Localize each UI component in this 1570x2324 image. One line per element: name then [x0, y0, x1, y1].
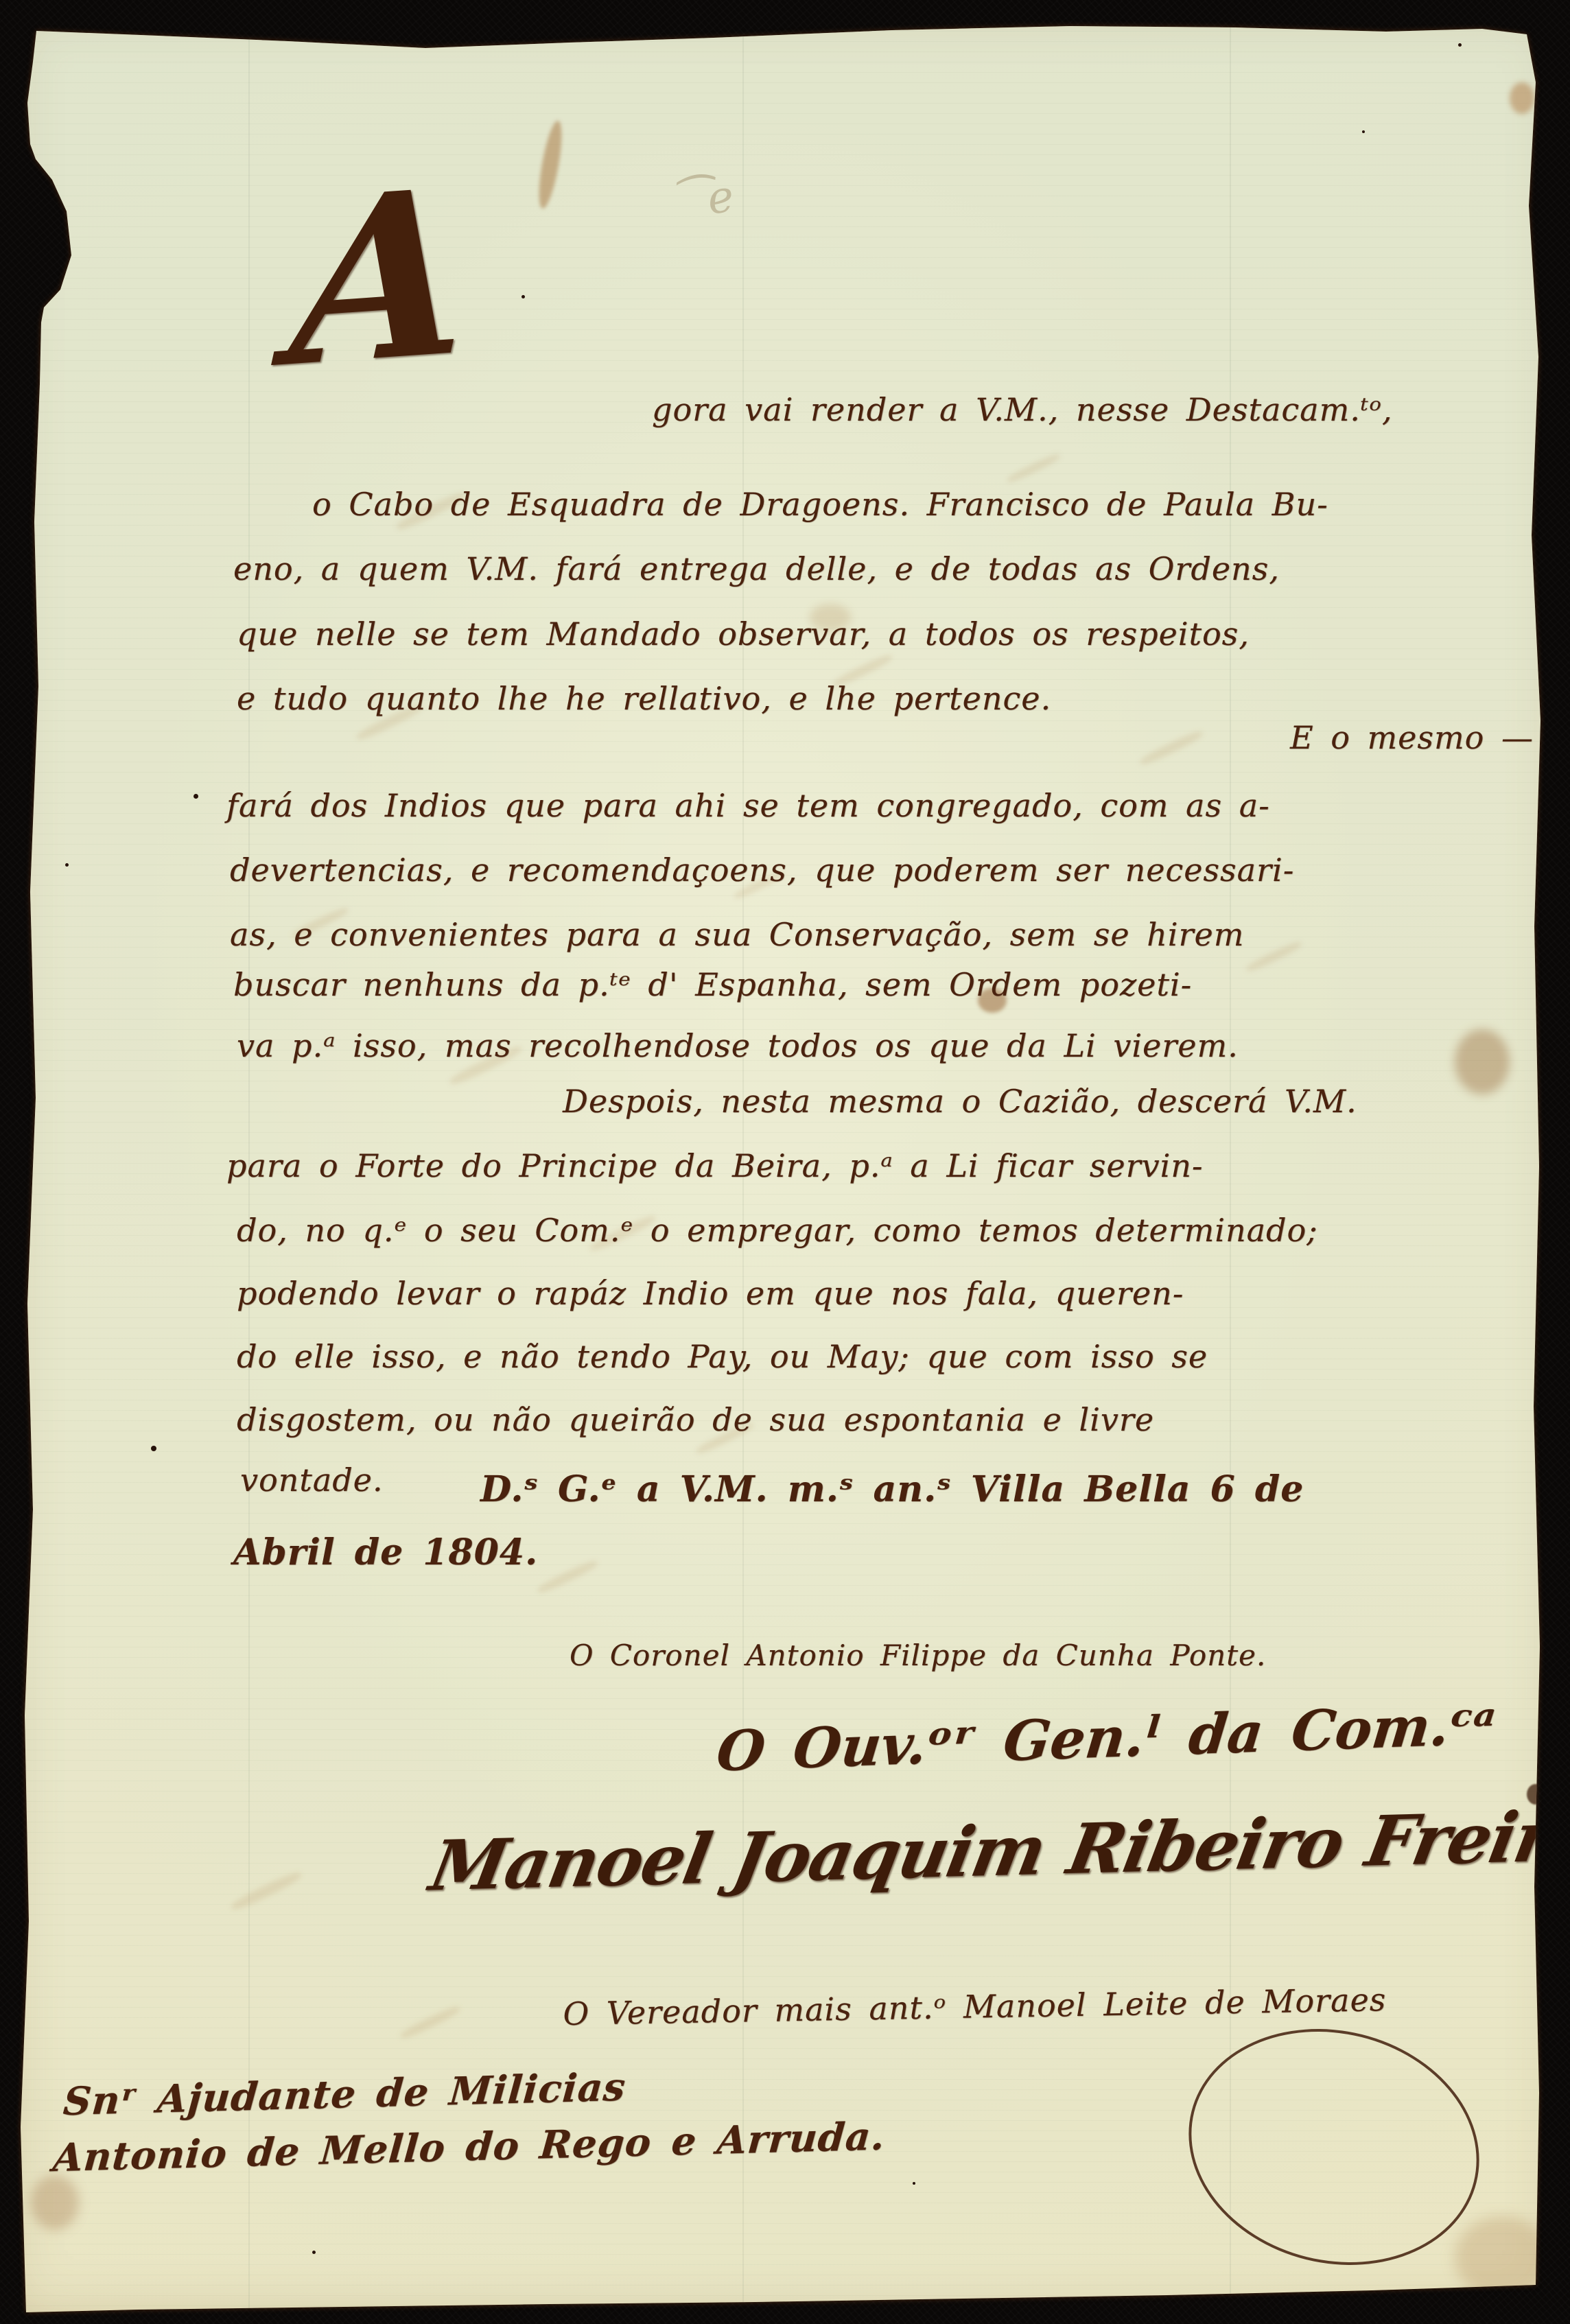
letter-line-09: as, e convenientes para a sua Conservaçã…: [230, 916, 1244, 953]
drop-cap-initial: A: [288, 169, 471, 386]
ink-showthrough-smudge: [1245, 939, 1303, 974]
letter-line-06: E o mesmo —: [1290, 719, 1534, 756]
letter-line-11: va p.ᵃ isso, mas recolhendose todos os q…: [237, 1027, 1239, 1064]
ink-speck: [65, 863, 69, 867]
letter-line-13: para o Forte do Principe da Beira, p.ᵃ a…: [226, 1147, 1203, 1184]
letter-line-05: e tudo quanto lhe he rellativo, e lhe pe…: [237, 680, 1051, 717]
letter-line-18: vontade.: [240, 1462, 384, 1499]
signature-alderman: O Vereador mais ant.ᵒ Manoel Leite de Mo…: [563, 1981, 1387, 2032]
letter-line-16: do elle isso, e não tendo Pay, ou May; q…: [237, 1338, 1208, 1375]
ink-showthrough-smudge: [536, 1558, 599, 1596]
letter-line-10: buscar nenhuns da p.ᵗᵉ d' Espanha, sem O…: [233, 966, 1192, 1003]
letter-line-01: gora vai render a V.M., nesse Destacam.ᵗ…: [652, 391, 1393, 428]
chain-line-texture: [1230, 0, 1231, 2324]
ink-speck: [522, 295, 525, 298]
signature-role-ouvidor: O Ouv.ᵒʳ Gen.ˡ da Com.ᶜᵃ: [714, 1691, 1499, 1783]
ink-showthrough-smudge: [1138, 729, 1204, 767]
signature-name: Manoel Joaquim Ribeiro Freire: [424, 1795, 1570, 1907]
paper-sheet-wrapper: ⁀e A gora vai render a V.M., nesse Desta…: [0, 0, 1570, 2324]
letter-line-17: disgostem, ou não queirão de sua esponta…: [237, 1401, 1154, 1438]
signature-flourish-loop: [1163, 1999, 1504, 2295]
letter-line-02: o Cabo de Esquadra de Dragoens. Francisc…: [312, 486, 1328, 523]
letter-date-continuation: Abril de 1804.: [233, 1531, 538, 1573]
letter-line-15: podendo levar o rapáz Indio em que nos f…: [237, 1275, 1184, 1312]
ink-showthrough-smudge: [229, 1869, 303, 1912]
letter-line-04: que nelle se tem Mandado observar, a tod…: [237, 615, 1250, 653]
address-line-1: Snʳ Ajudante de Milicias: [62, 2065, 628, 2125]
foxing-stain: [1455, 1029, 1510, 1094]
letter-valediction-date: D.ˢ G.ᵉ a V.M. m.ˢ an.ˢ Villa Bella 6 de: [480, 1468, 1304, 1510]
ink-speck: [312, 2251, 316, 2254]
letter-line-03: eno, a quem V.M. fará entrega delle, e d…: [233, 550, 1280, 587]
address-line-2: Antonio de Mello do Rego e Arruda.: [51, 2113, 887, 2181]
foxing-stain: [31, 2175, 79, 2230]
foxing-stain: [1455, 2216, 1551, 2299]
manuscript-paper: ⁀e A gora vai render a V.M., nesse Desta…: [0, 0, 1570, 2324]
foxing-stain: [1510, 82, 1534, 114]
foxing-stain: [535, 119, 566, 210]
ink-showthrough-smudge: [1005, 451, 1062, 484]
photograph-of-manuscript: { "page": { "background_color": "#0a0807…: [0, 0, 1570, 2324]
letter-line-12: Despois, nesta mesma o Cazião, descerá V…: [563, 1083, 1357, 1120]
ink-speck: [151, 1446, 156, 1451]
letter-line-14: do, no q.ᵉ o seu Com.ᵉ o empregar, como …: [237, 1212, 1318, 1249]
ink-speck: [913, 2182, 915, 2185]
ink-showthrough-smudge: [399, 2004, 462, 2041]
signature-colonel: O Coronel Antonio Filippe da Cunha Ponte…: [570, 1639, 1266, 1672]
ink-speck: [194, 794, 198, 799]
ghost-scribble: ⁀e: [669, 171, 737, 230]
ink-speck: [1362, 130, 1365, 133]
letter-line-08: devertencias, e recomendaçoens, que pode…: [230, 852, 1294, 889]
letter-line-07: fará dos Indios que para ahi se tem cong…: [226, 787, 1270, 824]
ink-speck: [1458, 43, 1462, 47]
